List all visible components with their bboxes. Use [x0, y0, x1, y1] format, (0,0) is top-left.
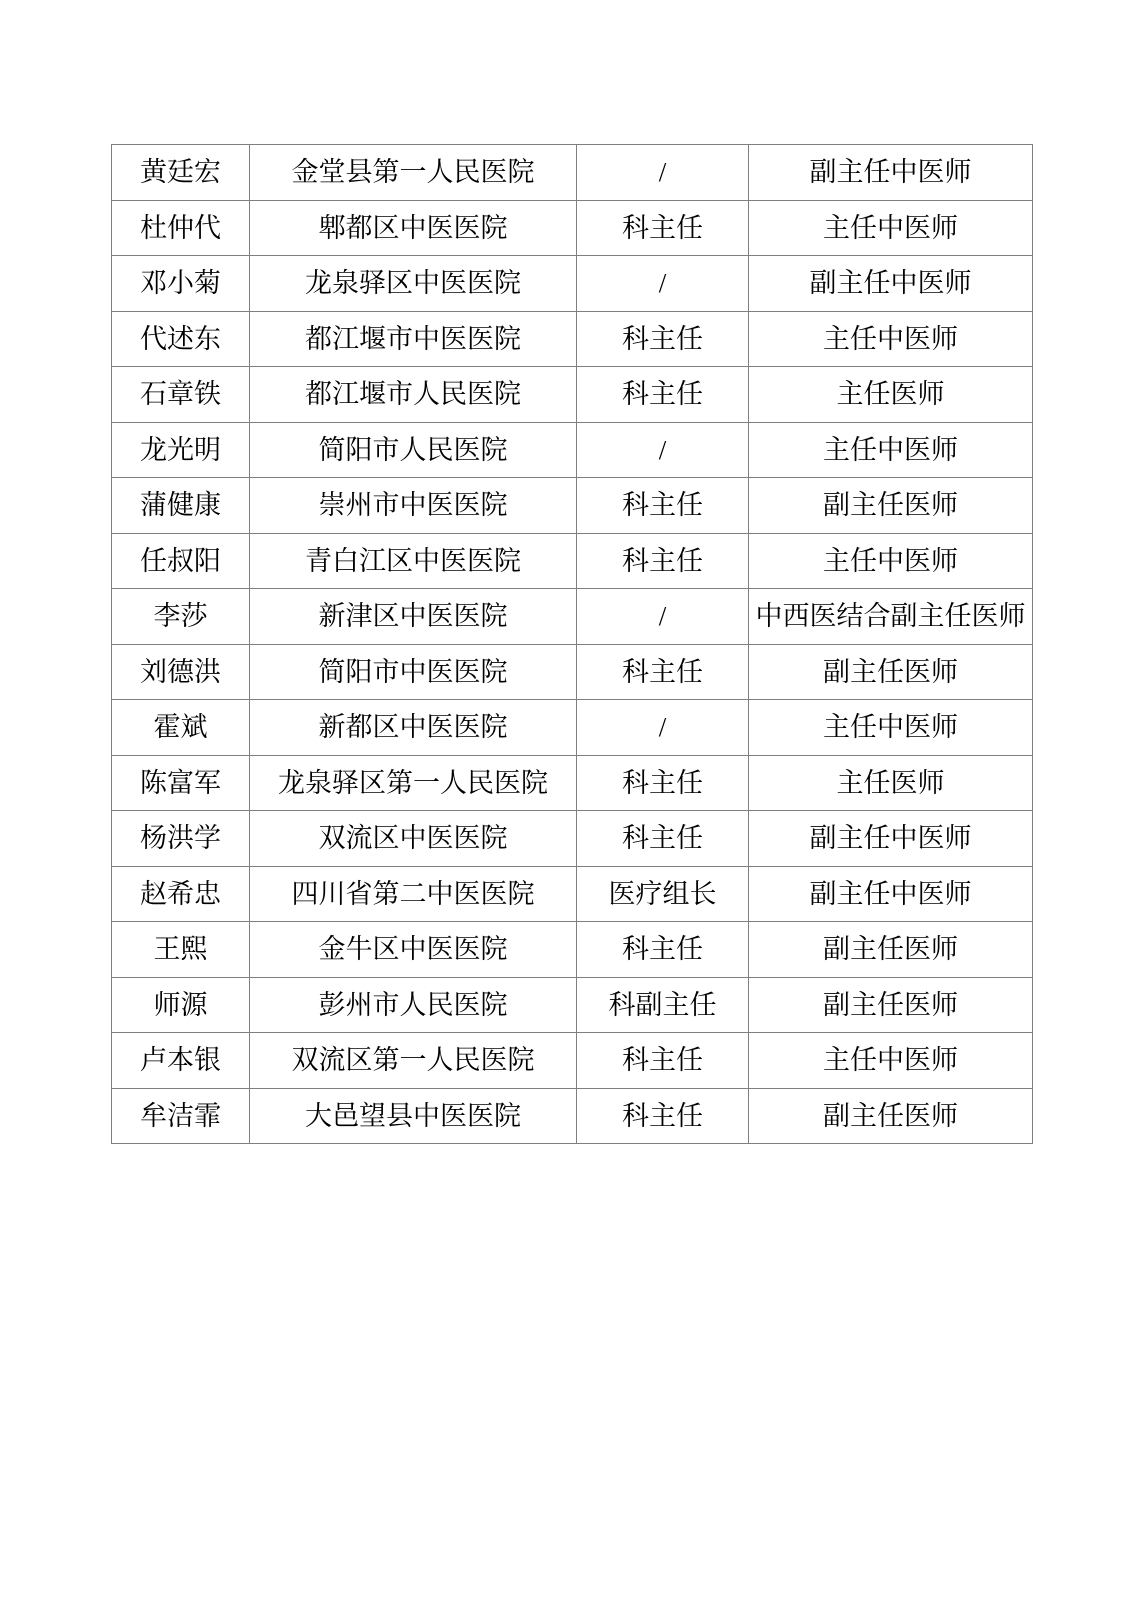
position-cell: / — [577, 145, 749, 201]
name-cell: 代述东 — [112, 311, 250, 367]
hospital-cell: 龙泉驿区第一人民医院 — [250, 755, 577, 811]
position-cell: 科主任 — [577, 1033, 749, 1089]
table-row: 黄廷宏金堂县第一人民医院/副主任中医师 — [112, 145, 1033, 201]
hospital-cell: 青白江区中医医院 — [250, 533, 577, 589]
table-row: 陈富军龙泉驿区第一人民医院科主任主任医师 — [112, 755, 1033, 811]
title-cell: 中西医结合副主任医师 — [749, 589, 1033, 645]
hospital-cell: 双流区第一人民医院 — [250, 1033, 577, 1089]
title-cell: 副主任中医师 — [749, 866, 1033, 922]
position-cell: 科主任 — [577, 1088, 749, 1144]
position-cell: / — [577, 422, 749, 478]
hospital-cell: 郫都区中医医院 — [250, 200, 577, 256]
hospital-cell: 都江堰市中医医院 — [250, 311, 577, 367]
name-cell: 龙光明 — [112, 422, 250, 478]
hospital-cell: 金堂县第一人民医院 — [250, 145, 577, 201]
title-cell: 副主任中医师 — [749, 811, 1033, 867]
name-cell: 杨洪学 — [112, 811, 250, 867]
table-row: 刘德洪简阳市中医医院科主任副主任医师 — [112, 644, 1033, 700]
name-cell: 邓小菊 — [112, 256, 250, 312]
name-cell: 任叔阳 — [112, 533, 250, 589]
position-cell: 科副主任 — [577, 977, 749, 1033]
table-row: 杜仲代郫都区中医医院科主任主任中医师 — [112, 200, 1033, 256]
title-cell: 副主任医师 — [749, 1088, 1033, 1144]
position-cell: / — [577, 589, 749, 645]
name-cell: 石章铁 — [112, 367, 250, 423]
position-cell: 科主任 — [577, 311, 749, 367]
title-cell: 主任医师 — [749, 367, 1033, 423]
position-cell: 科主任 — [577, 200, 749, 256]
hospital-cell: 简阳市人民医院 — [250, 422, 577, 478]
table-row: 李莎新津区中医医院/中西医结合副主任医师 — [112, 589, 1033, 645]
position-cell: 医疗组长 — [577, 866, 749, 922]
table-row: 蒲健康崇州市中医医院科主任副主任医师 — [112, 478, 1033, 534]
name-cell: 李莎 — [112, 589, 250, 645]
table-row: 卢本银双流区第一人民医院科主任主任中医师 — [112, 1033, 1033, 1089]
title-cell: 副主任医师 — [749, 478, 1033, 534]
name-cell: 赵希忠 — [112, 866, 250, 922]
position-cell: 科主任 — [577, 367, 749, 423]
position-cell: 科主任 — [577, 811, 749, 867]
hospital-cell: 新津区中医医院 — [250, 589, 577, 645]
name-cell: 牟洁霏 — [112, 1088, 250, 1144]
name-cell: 蒲健康 — [112, 478, 250, 534]
name-cell: 杜仲代 — [112, 200, 250, 256]
position-cell: / — [577, 256, 749, 312]
hospital-cell: 彭州市人民医院 — [250, 977, 577, 1033]
title-cell: 主任医师 — [749, 755, 1033, 811]
name-cell: 王熙 — [112, 922, 250, 978]
table-row: 霍斌新都区中医医院/主任中医师 — [112, 700, 1033, 756]
hospital-cell: 四川省第二中医医院 — [250, 866, 577, 922]
table-row: 王熙金牛区中医医院科主任副主任医师 — [112, 922, 1033, 978]
table-row: 龙光明简阳市人民医院/主任中医师 — [112, 422, 1033, 478]
name-cell: 师源 — [112, 977, 250, 1033]
position-cell: 科主任 — [577, 755, 749, 811]
table-row: 牟洁霏大邑望县中医医院科主任副主任医师 — [112, 1088, 1033, 1144]
position-cell: 科主任 — [577, 533, 749, 589]
title-cell: 主任中医师 — [749, 1033, 1033, 1089]
position-cell: 科主任 — [577, 644, 749, 700]
position-cell: 科主任 — [577, 922, 749, 978]
title-cell: 副主任医师 — [749, 644, 1033, 700]
table-row: 邓小菊龙泉驿区中医医院/副主任中医师 — [112, 256, 1033, 312]
hospital-cell: 都江堰市人民医院 — [250, 367, 577, 423]
hospital-cell: 双流区中医医院 — [250, 811, 577, 867]
name-cell: 霍斌 — [112, 700, 250, 756]
personnel-table: 黄廷宏金堂县第一人民医院/副主任中医师杜仲代郫都区中医医院科主任主任中医师邓小菊… — [111, 144, 1033, 1144]
name-cell: 黄廷宏 — [112, 145, 250, 201]
name-cell: 卢本银 — [112, 1033, 250, 1089]
hospital-cell: 龙泉驿区中医医院 — [250, 256, 577, 312]
title-cell: 副主任医师 — [749, 977, 1033, 1033]
title-cell: 副主任中医师 — [749, 145, 1033, 201]
table-row: 任叔阳青白江区中医医院科主任主任中医师 — [112, 533, 1033, 589]
table-row: 赵希忠四川省第二中医医院医疗组长副主任中医师 — [112, 866, 1033, 922]
title-cell: 副主任医师 — [749, 922, 1033, 978]
title-cell: 主任中医师 — [749, 533, 1033, 589]
name-cell: 陈富军 — [112, 755, 250, 811]
document-page: 黄廷宏金堂县第一人民医院/副主任中医师杜仲代郫都区中医医院科主任主任中医师邓小菊… — [0, 0, 1131, 1600]
hospital-cell: 新都区中医医院 — [250, 700, 577, 756]
table-row: 代述东都江堰市中医医院科主任主任中医师 — [112, 311, 1033, 367]
position-cell: 科主任 — [577, 478, 749, 534]
title-cell: 副主任中医师 — [749, 256, 1033, 312]
hospital-cell: 大邑望县中医医院 — [250, 1088, 577, 1144]
table-row: 杨洪学双流区中医医院科主任副主任中医师 — [112, 811, 1033, 867]
table-body: 黄廷宏金堂县第一人民医院/副主任中医师杜仲代郫都区中医医院科主任主任中医师邓小菊… — [112, 145, 1033, 1144]
hospital-cell: 崇州市中医医院 — [250, 478, 577, 534]
title-cell: 主任中医师 — [749, 200, 1033, 256]
hospital-cell: 金牛区中医医院 — [250, 922, 577, 978]
position-cell: / — [577, 700, 749, 756]
title-cell: 主任中医师 — [749, 700, 1033, 756]
hospital-cell: 简阳市中医医院 — [250, 644, 577, 700]
title-cell: 主任中医师 — [749, 311, 1033, 367]
name-cell: 刘德洪 — [112, 644, 250, 700]
table-row: 师源彭州市人民医院科副主任副主任医师 — [112, 977, 1033, 1033]
table-row: 石章铁都江堰市人民医院科主任主任医师 — [112, 367, 1033, 423]
title-cell: 主任中医师 — [749, 422, 1033, 478]
